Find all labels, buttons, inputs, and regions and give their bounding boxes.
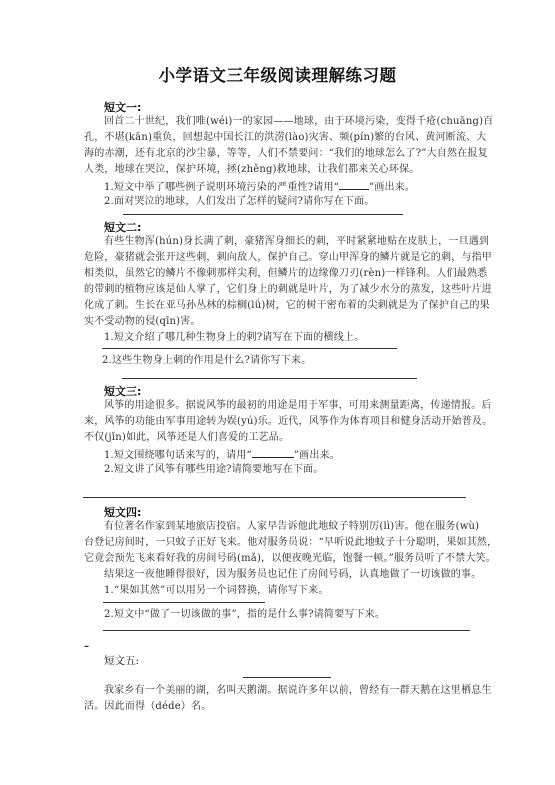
passage-2-line: 相类似，虽然它的鳞片不像刺那样尖利，但鳞片的边缘像刀刃(rèn)一样锋利。人们最… [84, 268, 487, 280]
passage-3-line: 来，风筝的功能由军事用途转为娱(yú)乐。近代，风筝作为体育项目和健身活动开始普… [84, 416, 492, 428]
fill-blank[interactable] [252, 448, 294, 458]
answer-line[interactable] [122, 378, 417, 379]
answer-line[interactable] [102, 348, 397, 349]
passage-4-line: 它竟会预先飞来看好我的房间号码(mǎ)，以便夜晚光临，饱餐一顿。”服务员听了不禁… [84, 553, 496, 565]
question-text: ”画出来。 [294, 450, 340, 461]
passage-4-line: 结果这一夜他睡得很好，因为服务员也记住了房间号码，认真地做了一切该做的事。 [104, 569, 481, 581]
passage-2-heading: 短文二: [104, 219, 141, 235]
passage-1-line: 人类，地球在哭泣，保护环境，拯(zhěng)救地球，让我们都来关心环保。 [84, 164, 419, 176]
stray-mark: – [84, 641, 89, 653]
question-text: ”画出来。 [369, 182, 415, 193]
passage-3-question-1: 1.短文围绕哪句话来写的，请用“”画出来。 [104, 448, 340, 462]
answer-line[interactable] [103, 602, 265, 603]
passage-5-line: 我家乡有一个美丽的湖，名叫天鹅湖。据说许多年以前，曾经有一群天鹅在这里栖息生 [104, 685, 492, 697]
passage-4-question-2: 2.短文中“做了一切该做的事”，指的是什么事?请简要写下来。 [104, 609, 385, 621]
passage-2-question-2: 2.这些生物身上刺的作用是什么?请你写下来。 [102, 355, 311, 367]
passage-2-line: 的带刺的植物应该是仙人掌了，它们身上的刺就是叶片，为了减少水分的蒸发，这些叶片进 [84, 284, 492, 296]
passage-2-line: 危险，豪猪就会张开这些刺，刺向敌人，保护自己。穿山甲浑身的鳞片就是它的刺，与指甲 [84, 252, 492, 264]
fill-blank[interactable] [339, 180, 369, 190]
question-text: 1.短文围绕哪句话来写的，请用“ [104, 450, 252, 461]
passage-3-line: 风筝的用途很多。据说风筝的最初的用途是用于军事，可用来测量距离，传递情报。后 [104, 400, 492, 412]
passage-3-question-2: 2.短文讲了风筝有哪些用途?请简要地写在下面。 [104, 464, 324, 476]
passage-3-line: 不仅(jǐn)如此，风筝还是人们喜爱的工艺品。 [84, 432, 289, 444]
passage-2-line: 有些生物浑(hún)身长满了刺，豪猪浑身细长的刺，平时紧紧地贴在皮肤上，一旦遇到 [104, 236, 489, 248]
passage-5-line: 活。因此而得（déde）名。 [84, 701, 211, 713]
passage-2-question-1: 1.短文介绍了哪几种生物身上的刺?请写在下面的横线上。 [104, 332, 364, 344]
passage-3-heading: 短文三: [104, 383, 141, 399]
question-text: 1.短文中举了哪些例子说明环境污染的严重性?请用“ [104, 182, 339, 193]
passage-1-question-2: 2.面对哭泣的地球，人们发出了怎样的疑问?请你写在下面。 [104, 196, 375, 208]
passage-2-line: 实不受动物的侵(qīn)害。 [84, 316, 201, 328]
answer-line[interactable] [83, 497, 466, 498]
passage-1-line: 孔，不堪(kān)重负，回想起中国长江的洪涝(lào)灾害、频(pín)繁的台风… [84, 132, 487, 144]
passage-5-heading: 短文五: [104, 653, 139, 668]
answer-line[interactable] [243, 677, 331, 678]
passage-2-line: 化成了刺。生长在亚马孙丛林的棕榈(lǘ)树，它的树干密布着的尖刺就是为了保护自己… [84, 300, 490, 312]
passage-1-line: 海的赤潮，还有北京的沙尘暴，等等，人们不禁要问：“我们的地球怎么了?”大自然在报… [84, 148, 488, 160]
page-title: 小学语文三年级阅读理解练习题 [0, 62, 555, 86]
passage-4-question-1: 1.“果如其然”可以用另一个词替换，请你写下来。 [104, 585, 329, 597]
passage-4-line: 有位著名作家到某地旅店投宿。人家早告诉他此地蚊子特别厉(lì)害。他在服务(wù… [104, 521, 479, 533]
passage-1-heading: 短文一: [104, 99, 141, 115]
passage-1-line: 回首二十世纪，我们唯(wéi)一的家园——地球，由于环境污染，变得千疮(chuā… [104, 116, 493, 128]
passage-4-heading: 短文四: [104, 504, 141, 520]
answer-line[interactable] [123, 214, 403, 215]
passage-4-line: 台登记房间时，一只蚊子正好飞来。他对服务员说：“早听说此地蚊子十分聪明，果如其然… [84, 537, 497, 549]
answer-line[interactable] [103, 630, 470, 631]
passage-1-question-1: 1.短文中举了哪些例子说明环境污染的严重性?请用“”画出来。 [104, 180, 415, 194]
